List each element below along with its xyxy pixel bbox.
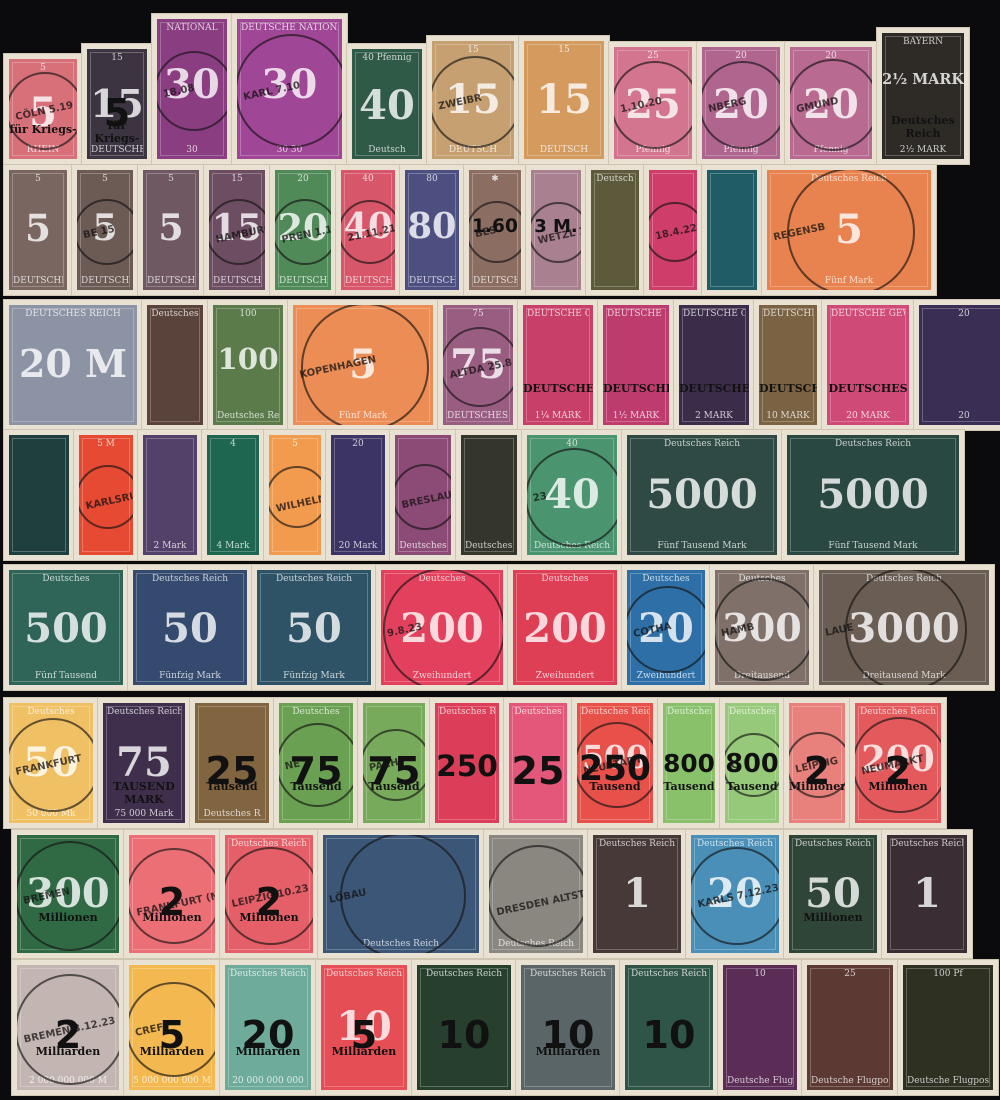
stamp-top-text: 15: [528, 45, 600, 55]
stamp-bottom-text: 20 MARK: [831, 411, 905, 421]
stamp: Deutsches Reich10Milliarden: [516, 960, 620, 1095]
stamp-top-text: Deutsches Reich: [137, 574, 243, 584]
stamp-top-text: BAYERN: [886, 37, 960, 47]
stamp-top-text: Deutsches: [517, 574, 613, 584]
stamp-top-text: Deutsches Reich: [631, 439, 773, 449]
stamp: Deutsches800TausendC: [720, 698, 784, 828]
stamp: 75TausendPACH: [358, 698, 430, 828]
stamp: Deutsches20ZweihundertCOTHA: [622, 565, 710, 690]
stamp: 5WILHELMSHÖHE 6.4: [264, 430, 326, 560]
stamp-frame: [810, 968, 890, 1087]
stamp-overprint-text: DEUTSCHES: [759, 382, 817, 395]
stamp-bottom-text: 20 000 000 000: [229, 1076, 307, 1086]
stamp-top-text: 4: [211, 439, 255, 449]
stamp: Deutsches Reich5Fünf MarkREGENSB: [762, 165, 936, 295]
stamp: DEUTSCHE GEWERBE SCHAU MÜNCHENDEUTSCHES2…: [822, 300, 914, 430]
stamp-top-text: Deutsches Reich: [859, 707, 937, 717]
stamp-frame: [12, 438, 66, 552]
stamp: 8080DEUTSCHES: [400, 165, 464, 295]
stamp-top-text: DEUTSCHE GEWERBE SCHAU MÜNCHEN: [683, 309, 745, 319]
stamp-denomination: 80: [405, 206, 459, 247]
stamp-bottom-text: Deutsches R: [465, 541, 513, 551]
stamp-top-text: DEUTSCHE GEWERBE SCHAU MÜNCHEN: [527, 309, 589, 319]
stamp: Deutsches75TausendNE: [274, 698, 358, 828]
stamp-top-text: ✱: [473, 174, 517, 184]
stamp: Deutsches Reich20KARLS 7.12.23: [686, 830, 784, 958]
stamp-top-text: 40 Pfennig: [356, 53, 418, 63]
stamp-overprint-text: Millionen: [789, 911, 877, 924]
stamp-top-text: Deutsches Reich: [325, 969, 403, 979]
stamp-top-text: 10: [727, 969, 793, 979]
stamp-top-text: Deutsches Reich: [891, 839, 963, 849]
stamp: 3 M.WETZL 12.5.22: [526, 165, 586, 295]
stamp-top-text: Deutsch: [595, 174, 635, 184]
stamp-overprint-value: 10: [625, 1013, 713, 1057]
stamp-bottom-text: Deutsch: [356, 145, 418, 155]
stamp: 25TausendDeutsches R: [190, 698, 274, 828]
stamp-frame: [906, 968, 990, 1087]
stamp: 2525Pfennig1.10.20: [609, 42, 697, 164]
stamp-denomination: 1: [593, 870, 681, 917]
stamp-top-text: 100: [217, 309, 279, 319]
stamp-bottom-text: DEUTSCHES: [279, 276, 327, 286]
stamp: Deutsches Reich5000Fünf Tausend Mark: [782, 430, 964, 560]
stamp: 44 Mark: [202, 430, 264, 560]
stamp-bottom-text: DEUTSCHES: [409, 276, 455, 286]
stamp: Deutsches200Zweihundert9.8.23: [376, 565, 508, 690]
stamp: DEUTSCHE GEWERBE SCHAU MÜNCHENDEUTSCHES2…: [674, 300, 754, 430]
stamp-frame: [606, 308, 666, 422]
stamp-denomination: 200: [513, 605, 617, 652]
stamp-bottom-text: Fünf Tausend Mark: [631, 541, 773, 551]
stamp-bottom-text: Deutsches: [399, 541, 447, 551]
stamp-bottom-text: 20 Mark: [335, 541, 381, 551]
stamp-bottom-text: Deutsche Flugpost: [907, 1076, 989, 1086]
stamp: 5Milliarden5 000 000 000 MCREF: [124, 960, 220, 1095]
stamp: Deutsches Reich1: [588, 830, 686, 958]
stamp-frame: [334, 438, 382, 552]
stamp-bottom-text: Deutsche Flugpost: [811, 1076, 889, 1086]
stamp: 55für Kriegs-RHEINCÖLN 5.19: [4, 54, 82, 164]
stamp-frame: [922, 308, 1000, 422]
stamp-denomination: 2½ MARK: [882, 71, 964, 88]
stamp: 100100Deutsches Reich: [208, 300, 288, 430]
stamp-bottom-text: 30: [161, 145, 223, 155]
stamp-frame: [710, 173, 754, 287]
stamp-bottom-text: 2½ MARK: [886, 145, 960, 155]
stamp: [702, 165, 762, 295]
stamp-denomination: 20 M: [9, 341, 137, 386]
stamp-top-text: DEUTSCHE GEWERBE SCHAU MÜNCHEN: [831, 309, 905, 319]
stamp-top-text: Deutsches Reich: [421, 969, 507, 979]
stamp-denomination: 50: [133, 605, 247, 652]
stamp-top-text: 5: [147, 174, 195, 184]
stamp-bottom-text: DEUTSCHES REICH: [91, 145, 143, 155]
stamp-denomination: 15: [524, 76, 604, 123]
stamp: Deutsches: [142, 300, 208, 430]
stamp-denomination: 5000: [787, 471, 959, 518]
stamp-top-text: Deutsches: [13, 707, 89, 717]
stamp: Deutsches Reich105Milliarden: [316, 960, 412, 1095]
stamp-top-text: 5: [13, 174, 63, 184]
stamp-overprint-text: Tausend: [663, 780, 715, 793]
stamp: DEUTSCHE GEWERBE SCHAU MÜNCHENDEUTSCHES1…: [518, 300, 598, 430]
stamp: 55DEUTSCHESBE 15: [72, 165, 138, 295]
stamp-frame: [210, 438, 256, 552]
stamp: 4040DEUTSCHES21.11.21.9: [336, 165, 400, 295]
stamp-overprint-text: DEUTSCHES: [523, 382, 593, 395]
stamp: 1515DEUTSCH: [519, 36, 609, 164]
stamp-overprint-text: Tausend: [195, 780, 269, 793]
stamp-top-text: Deutsches Reich: [581, 707, 649, 717]
stamp: Deutsches Reich1: [882, 830, 972, 958]
stamp-top-text: Deutsches Reich: [229, 969, 307, 979]
stamp: Deutsches25: [504, 698, 572, 828]
stamp: Deutsches800Tausend: [658, 698, 720, 828]
stamp-top-text: 20: [279, 174, 327, 184]
stamp-frame: [150, 308, 200, 422]
stamp-overprint-text: DEUTSCHES: [827, 382, 909, 395]
stamp: Deutsches5050 000 MkFRANKFURT: [4, 698, 98, 828]
stamp-top-text: 5: [81, 174, 129, 184]
stamp: 55DEUTSCHES: [138, 165, 204, 295]
stamp: 1515DEUTSCHESHAMBURG 27: [204, 165, 270, 295]
stamp: 25Deutsche Flugpost: [802, 960, 898, 1095]
stamp-top-text: 15: [91, 53, 143, 63]
stock-page: 55für Kriegs-RHEINCÖLN 5.1915155für Krie…: [0, 0, 1000, 1100]
stamp-bottom-text: 5 000 000 000 M: [133, 1076, 211, 1086]
stamp-frame: [594, 173, 636, 287]
stamp-top-text: Deutsches Reich: [793, 839, 873, 849]
stamp: DEUTSCHE GEWERBE SCHAU MÜNCHENDEUTSCHES1…: [598, 300, 674, 430]
stamp: 100 PfDeutsche Flugpost: [898, 960, 998, 1095]
stamp: DEUTSCHE GEWERBE SCHAU MÜNCHENDEUTSCHES1…: [754, 300, 822, 430]
stamp: 2020: [914, 300, 1000, 430]
stamp-bottom-text: Deutsche Flugpost: [727, 1076, 793, 1086]
stamp: Deutsches Reich20Milliarden20 000 000 00…: [220, 960, 316, 1095]
stamp-top-text: Deutsches Reich: [261, 574, 367, 584]
stamp-overprint-value: 800: [663, 749, 715, 778]
stamp-frame: [830, 308, 906, 422]
stamp-bottom-text: 2 Mark: [147, 541, 193, 551]
stamp-bottom-text: 10 MARK: [763, 411, 813, 421]
stamp: 2MillionenFRANKFURT (MAIN) 10.23 8V: [124, 830, 220, 958]
stamp-top-text: Deutsches: [283, 707, 349, 717]
stamp-frame: [762, 308, 814, 422]
stamp-bottom-text: Fünfzig Mark: [137, 671, 243, 681]
stamp-frame: [526, 308, 590, 422]
stamp: 2 Mark: [138, 430, 202, 560]
stamp-top-text: Deutsches Reich: [791, 439, 955, 449]
stamp-overprint-text: DEUTSCHES: [603, 382, 669, 395]
stamp-bottom-text: Deutsches Reich: [217, 411, 279, 421]
stamp: 4040Deutsches Reich23: [522, 430, 622, 560]
stamp-denomination: 40: [352, 82, 422, 129]
stamp: 7575DEUTSCHES RALTDA 25.8.22: [438, 300, 518, 430]
postmark-circle-icon: [845, 568, 968, 690]
stamp: BAYERN2½ MARKDeutsches Reich2½ MARK: [877, 28, 969, 164]
stamp-denomination: 5: [143, 206, 199, 249]
stamp-top-text: 15: [213, 174, 261, 184]
stamp-denomination: 1: [887, 870, 967, 917]
stamp: 300MillionenBREMEN: [12, 830, 124, 958]
stamp: Deutsches ReichLÖBAU: [318, 830, 484, 958]
stamp: Deutsches Reich3000Dreitausend MarkLAUE: [814, 565, 994, 690]
stamp-top-text: 80: [409, 174, 455, 184]
stamp: DEUTSCHES REICH20 M: [4, 300, 142, 430]
stamp: Deutsches ReichDRESDEN ALTSTADT 31.8.23: [484, 830, 588, 958]
stamp-bottom-text: Fünfzig Mark: [261, 671, 367, 681]
stamp-frame: [682, 308, 746, 422]
stamp: ✱1.60DEUTSCHESBES: [464, 165, 526, 295]
stamp: DeutschesBRESLAU 29.8: [390, 430, 456, 560]
stamp-bottom-text: 20: [923, 411, 1000, 421]
stamp-bottom-text: 1¼ MARK: [527, 411, 589, 421]
stamp-top-text: Deutsches Reich: [629, 969, 709, 979]
stamp-denomination: 100: [213, 341, 283, 376]
stamp-top-text: 40: [345, 174, 391, 184]
stamp: 2020PfennigNBERG: [697, 42, 785, 164]
stamp-top-text: 5 M: [83, 439, 129, 449]
stamp-top-text: Deutsches: [13, 574, 119, 584]
stamp-bottom-text: DEUTSCHES: [13, 276, 63, 286]
stamp: [4, 430, 74, 560]
stamp-top-text: 75: [447, 309, 509, 319]
stamp-frame: [464, 438, 514, 552]
stamp-top-text: 25: [618, 51, 688, 61]
stamp-bottom-text: DEUTSCHES R: [447, 411, 509, 421]
stamp: Deutsches Reich5000Fünf Tausend Mark: [622, 430, 782, 560]
stamp-bottom-text: Fünf Tausend Mark: [791, 541, 955, 551]
stamp-overprint-value: 10: [417, 1013, 511, 1057]
stamp-top-text: Deutsches: [631, 574, 701, 584]
stamp-bottom-text: 75 000 Mark: [107, 809, 181, 819]
stamp: Deutsches200Zweihundert: [508, 565, 622, 690]
stamp-overprint-text: Milliarden: [521, 1045, 615, 1058]
stamp-denomination: 50: [257, 605, 371, 652]
stamp-overprint-value: 250: [435, 749, 499, 783]
stamp-frame: [726, 968, 794, 1087]
stamp: Deutsches300DreitausendHAMB: [710, 565, 814, 690]
stamp-bottom-text: Fünf Tausend: [13, 671, 119, 681]
stamp-top-text: Deutsches: [513, 707, 563, 717]
stamp-top-text: 20: [923, 309, 1000, 319]
stamp: 2020PfennigGMUND: [785, 42, 877, 164]
stamp: 2Milliarden2 000 000 000 MBREMEN 3.12.23: [12, 960, 124, 1095]
stamp-top-text: 100 Pf: [907, 969, 989, 979]
stamp-frame: [146, 438, 194, 552]
stamp-bottom-text: DEUTSCHES: [81, 276, 129, 286]
stamp: 2MillionenLEIPZIG: [784, 698, 850, 828]
stamp-top-text: 25: [811, 969, 889, 979]
stamp-top-text: Deutsches: [151, 309, 199, 319]
stamp-top-text: 20: [335, 439, 381, 449]
stamp: Deutsches Reich75TAUSEND MARK75 000 Mark: [98, 698, 190, 828]
stamp: Deutsches500Fünf Tausend: [4, 565, 128, 690]
stamp: Deutsches Reich50Fünfzig Mark: [252, 565, 376, 690]
stamp-bottom-text: DEUTSCH: [528, 145, 600, 155]
stamp-bottom-text: DEUTSCHES: [345, 276, 391, 286]
stamp: Deutsches Reich10: [412, 960, 516, 1095]
stamp-bottom-text: Zweihundert: [517, 671, 613, 681]
stamp-bottom-text: DEUTSCHES: [473, 276, 517, 286]
stamp: 2020 Mark: [326, 430, 390, 560]
stamp: 55DEUTSCHES: [4, 165, 72, 295]
stamp-bottom-text: 1½ MARK: [607, 411, 665, 421]
stamp-bottom-text: DEUTSCHES: [213, 276, 261, 286]
stamp-bottom-text: DEUTSCHES: [147, 276, 195, 286]
stamp: 1515DEUTSCHZWEIBR: [427, 36, 519, 164]
stamp: Deutsches Reich50Millionen: [784, 830, 882, 958]
stamp-top-text: 5: [273, 439, 317, 449]
stamp: 15155für Kriegs-DEUTSCHES REICH: [82, 44, 152, 164]
stamp-overprint-text: Deutsches Reich: [882, 114, 964, 140]
stamp-bottom-text: 4 Mark: [211, 541, 255, 551]
stamp-top-text: DEUTSCHES REICH: [13, 309, 133, 319]
stamp: 10Deutsche Flugpost: [718, 960, 802, 1095]
stamp-top-text: NATIONAL: [161, 23, 223, 33]
stamp-top-text: 15: [436, 45, 510, 55]
stamp-top-text: Deutsches Reich: [439, 707, 495, 717]
stamp-overprint-text: für Kriegs-: [87, 119, 147, 145]
stamp: 5 MKARLSRUH 21.7: [74, 430, 138, 560]
stamp-overprint-text: Milliarden: [225, 1045, 311, 1058]
stamp-top-text: DEUTSCHE NATIONAL VERS.: [241, 23, 338, 33]
stamp-top-text: 20: [706, 51, 776, 61]
stamp: NATIONAL303018.08: [152, 14, 232, 164]
stamp: 18.4.22: [644, 165, 702, 295]
stamp: 2020DEUTSCHESPREN 1.11.20: [270, 165, 336, 295]
stamp-denomination: 5000: [627, 471, 777, 518]
stamp-overprint-text: DEUTSCHES: [679, 382, 749, 395]
stamp: Deutsches Reich500250TausendNEUSTÄDT: [572, 698, 658, 828]
stamp-top-text: Deutsches Reich: [107, 707, 181, 717]
stamp-top-text: Deutsches: [729, 707, 775, 717]
stamp: 5Fünf MarkKOPENHAGEN: [288, 300, 438, 430]
stamp: DEUTSCHE NATIONAL VERS.3030 30KARL 7.10: [232, 14, 347, 164]
stamp-bottom-text: 2 MARK: [683, 411, 745, 421]
stamp-overprint-text: Milliarden: [321, 1045, 407, 1058]
stamp: Deutsch: [586, 165, 644, 295]
stamp-denomination: 5: [9, 206, 67, 250]
stamp-top-text: Deutsches Reich: [525, 969, 611, 979]
stamp: Deutsches Reich10: [620, 960, 718, 1095]
stamp: Deutsches Reich250: [430, 698, 504, 828]
stamp-top-text: Deutsches Reich: [597, 839, 677, 849]
stamp-top-text: DEUTSCHE GEWERBE SCHAU MÜNCHEN: [763, 309, 813, 319]
stamp-top-text: DEUTSCHE GEWERBE SCHAU MÜNCHEN: [607, 309, 665, 319]
stamp: Deutsches R: [456, 430, 522, 560]
stamp-overprint-text: TAUSEND MARK: [103, 780, 185, 806]
stamp-bottom-text: Deutsches R: [199, 809, 265, 819]
stamp-denomination: 500: [9, 605, 123, 652]
stamp-overprint-value: 25: [509, 749, 567, 793]
stamp: Deutsches Reich2MillionenLEIPZIG 10.23: [220, 830, 318, 958]
stamp: Deutsches Reich50Fünfzig Mark: [128, 565, 252, 690]
stamp: 40 Pfennig40Deutsch: [347, 44, 427, 164]
stamp: Deutsches Reich2002MillionenNEUMARKT: [850, 698, 946, 828]
stamp-top-text: Deutsches: [667, 707, 711, 717]
